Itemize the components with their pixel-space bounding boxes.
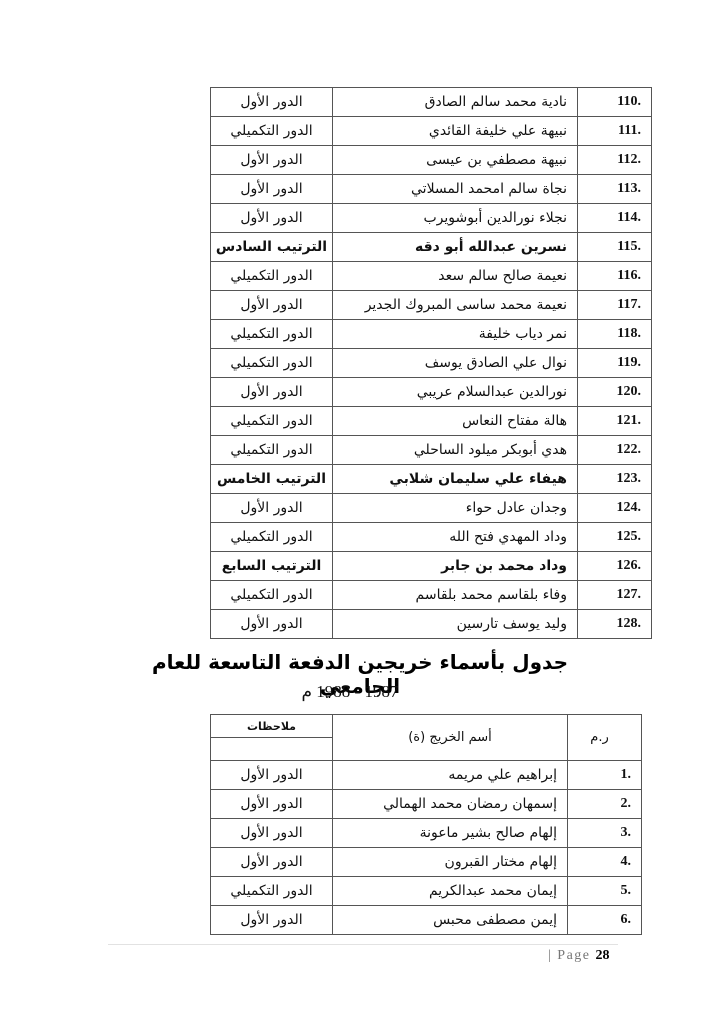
row-note: الدور التكميلي <box>211 349 333 378</box>
row-number: 118. <box>578 320 652 349</box>
table-row: 120.نورالدين عبدالسلام عريبيالدور الأول <box>211 378 652 407</box>
graduate-name: وفاء بلقاسم محمد بلقاسم <box>333 581 578 610</box>
table-row: 116.نعيمة صالح سالم سعدالدور التكميلي <box>211 262 652 291</box>
graduates-table-batch-9: ر.م أسم الخريج (ة) ملاحظات 1.إبراهيم علي… <box>210 714 642 935</box>
row-note: الدور التكميلي <box>211 877 333 906</box>
row-number: 124. <box>578 494 652 523</box>
graduate-name: نوال علي الصادق يوسف <box>333 349 578 378</box>
table-row: 126.وداد محمد بن جابرالترتيب السابع <box>211 552 652 581</box>
table-header-row: ر.م أسم الخريج (ة) ملاحظات <box>211 715 642 738</box>
graduate-name: هدي أبوبكر ميلود الساحلي <box>333 436 578 465</box>
row-number: 120. <box>578 378 652 407</box>
row-note: الدور التكميلي <box>211 262 333 291</box>
footer-divider <box>108 944 618 945</box>
row-number: 5. <box>568 877 642 906</box>
graduate-name: وليد يوسف تارسين <box>333 610 578 639</box>
row-note: الدور الأول <box>211 146 333 175</box>
academic-year: 1987 - 1988 م <box>250 682 450 702</box>
graduate-name: إلهام صالح بشير ماعونة <box>333 819 568 848</box>
row-note: الدور الأول <box>211 790 333 819</box>
graduate-name: نورالدين عبدالسلام عريبي <box>333 378 578 407</box>
row-number: 119. <box>578 349 652 378</box>
row-note: الدور التكميلي <box>211 523 333 552</box>
table-row: 114.نجلاء نورالدين أبوشويربالدور الأول <box>211 204 652 233</box>
row-number: 113. <box>578 175 652 204</box>
graduates-table-continued: 110.نادية محمد سالم الصادقالدور الأول111… <box>210 87 652 639</box>
header-notes: ملاحظات <box>211 715 333 738</box>
row-note: الدور الأول <box>211 906 333 935</box>
graduate-name: إلهام مختار القبرون <box>333 848 568 877</box>
row-note: الدور الأول <box>211 204 333 233</box>
row-number: 3. <box>568 819 642 848</box>
table-row: 125.وداد المهدي فتح اللهالدور التكميلي <box>211 523 652 552</box>
table-row: 4.إلهام مختار القبرونالدور الأول <box>211 848 642 877</box>
row-note: الدور التكميلي <box>211 581 333 610</box>
row-number: 111. <box>578 117 652 146</box>
row-note: الدور الأول <box>211 494 333 523</box>
table-row: 119.نوال علي الصادق يوسفالدور التكميلي <box>211 349 652 378</box>
row-number: 4. <box>568 848 642 877</box>
graduate-name: إيمن مصطفى محبس <box>333 906 568 935</box>
row-number: 1. <box>568 761 642 790</box>
row-note: الدور الأول <box>211 378 333 407</box>
graduate-name: وداد المهدي فتح الله <box>333 523 578 552</box>
row-note: الدور التكميلي <box>211 436 333 465</box>
page-label: | Page <box>548 948 591 963</box>
row-number: 123. <box>578 465 652 494</box>
table-row: 6.إيمن مصطفى محبسالدور الأول <box>211 906 642 935</box>
graduate-name: إبراهيم علي مريمه <box>333 761 568 790</box>
row-note: الدور الأول <box>211 610 333 639</box>
graduate-name: هيفاء علي سليمان شلابي <box>333 465 578 494</box>
table-row: 111.نبيهة علي خليفة القائديالدور التكميل… <box>211 117 652 146</box>
graduate-name: نمر دياب خليفة <box>333 320 578 349</box>
table-row: 1.إبراهيم علي مريمهالدور الأول <box>211 761 642 790</box>
page-number: | Page 28 <box>548 948 610 964</box>
table-row: 124.وجدان عادل حواءالدور الأول <box>211 494 652 523</box>
row-number: 117. <box>578 291 652 320</box>
row-note: الترتيب السادس <box>211 233 333 262</box>
row-note: الدور الأول <box>211 819 333 848</box>
graduate-name: نبيهة علي خليفة القائدي <box>333 117 578 146</box>
row-number: 128. <box>578 610 652 639</box>
table-row: 112.نبيهة مصطفي بن عيسىالدور الأول <box>211 146 652 175</box>
graduate-name: نعيمة صالح سالم سعد <box>333 262 578 291</box>
graduate-name: نسرين عبدالله أبو دقه <box>333 233 578 262</box>
row-number: 6. <box>568 906 642 935</box>
header-notes-empty <box>211 738 333 761</box>
table-row: 117.نعيمة محمد ساسى المبروك الجديرالدور … <box>211 291 652 320</box>
row-note: الترتيب الخامس <box>211 465 333 494</box>
table-row: 2.إسمهان رمضان محمد الهماليالدور الأول <box>211 790 642 819</box>
graduate-name: نجاة سالم امحمد المسلاتي <box>333 175 578 204</box>
graduate-name: نجلاء نورالدين أبوشويرب <box>333 204 578 233</box>
graduate-name: نبيهة مصطفي بن عيسى <box>333 146 578 175</box>
row-number: 115. <box>578 233 652 262</box>
graduate-name: وجدان عادل حواء <box>333 494 578 523</box>
table-row: 115.نسرين عبدالله أبو دقهالترتيب السادس <box>211 233 652 262</box>
graduate-name: نادية محمد سالم الصادق <box>333 88 578 117</box>
graduate-name: وداد محمد بن جابر <box>333 552 578 581</box>
table-row: 128.وليد يوسف تارسينالدور الأول <box>211 610 652 639</box>
row-note: الدور الأول <box>211 88 333 117</box>
row-note: الدور الأول <box>211 761 333 790</box>
row-note: الدور التكميلي <box>211 117 333 146</box>
row-number: 122. <box>578 436 652 465</box>
row-note: الترتيب السابع <box>211 552 333 581</box>
row-note: الدور الأول <box>211 175 333 204</box>
row-note: الدور التكميلي <box>211 320 333 349</box>
row-number: 125. <box>578 523 652 552</box>
graduate-name: إسمهان رمضان محمد الهمالي <box>333 790 568 819</box>
graduate-name: إيمان محمد عبدالكريم <box>333 877 568 906</box>
page-number-value: 28 <box>596 948 610 963</box>
row-number: 114. <box>578 204 652 233</box>
row-note: الدور الأول <box>211 848 333 877</box>
table-row: 110.نادية محمد سالم الصادقالدور الأول <box>211 88 652 117</box>
table-row: 121.هالة مفتاح النعاسالدور التكميلي <box>211 407 652 436</box>
table-row: 5.إيمان محمد عبدالكريمالدور التكميلي <box>211 877 642 906</box>
row-number: 126. <box>578 552 652 581</box>
header-serial: ر.م <box>568 715 642 761</box>
table-row: 123.هيفاء علي سليمان شلابيالترتيب الخامس <box>211 465 652 494</box>
table-row: 118.نمر دياب خليفةالدور التكميلي <box>211 320 652 349</box>
row-number: 121. <box>578 407 652 436</box>
row-number: 112. <box>578 146 652 175</box>
row-number: 2. <box>568 790 642 819</box>
table-row: 3.إلهام صالح بشير ماعونةالدور الأول <box>211 819 642 848</box>
header-graduate-name: أسم الخريج (ة) <box>333 715 568 761</box>
row-note: الدور الأول <box>211 291 333 320</box>
table-row: 113.نجاة سالم امحمد المسلاتيالدور الأول <box>211 175 652 204</box>
graduate-name: هالة مفتاح النعاس <box>333 407 578 436</box>
table-row: 127.وفاء بلقاسم محمد بلقاسمالدور التكميل… <box>211 581 652 610</box>
row-note: الدور التكميلي <box>211 407 333 436</box>
row-number: 127. <box>578 581 652 610</box>
table-row: 122.هدي أبوبكر ميلود الساحليالدور التكمي… <box>211 436 652 465</box>
graduate-name: نعيمة محمد ساسى المبروك الجدير <box>333 291 578 320</box>
row-number: 116. <box>578 262 652 291</box>
row-number: 110. <box>578 88 652 117</box>
